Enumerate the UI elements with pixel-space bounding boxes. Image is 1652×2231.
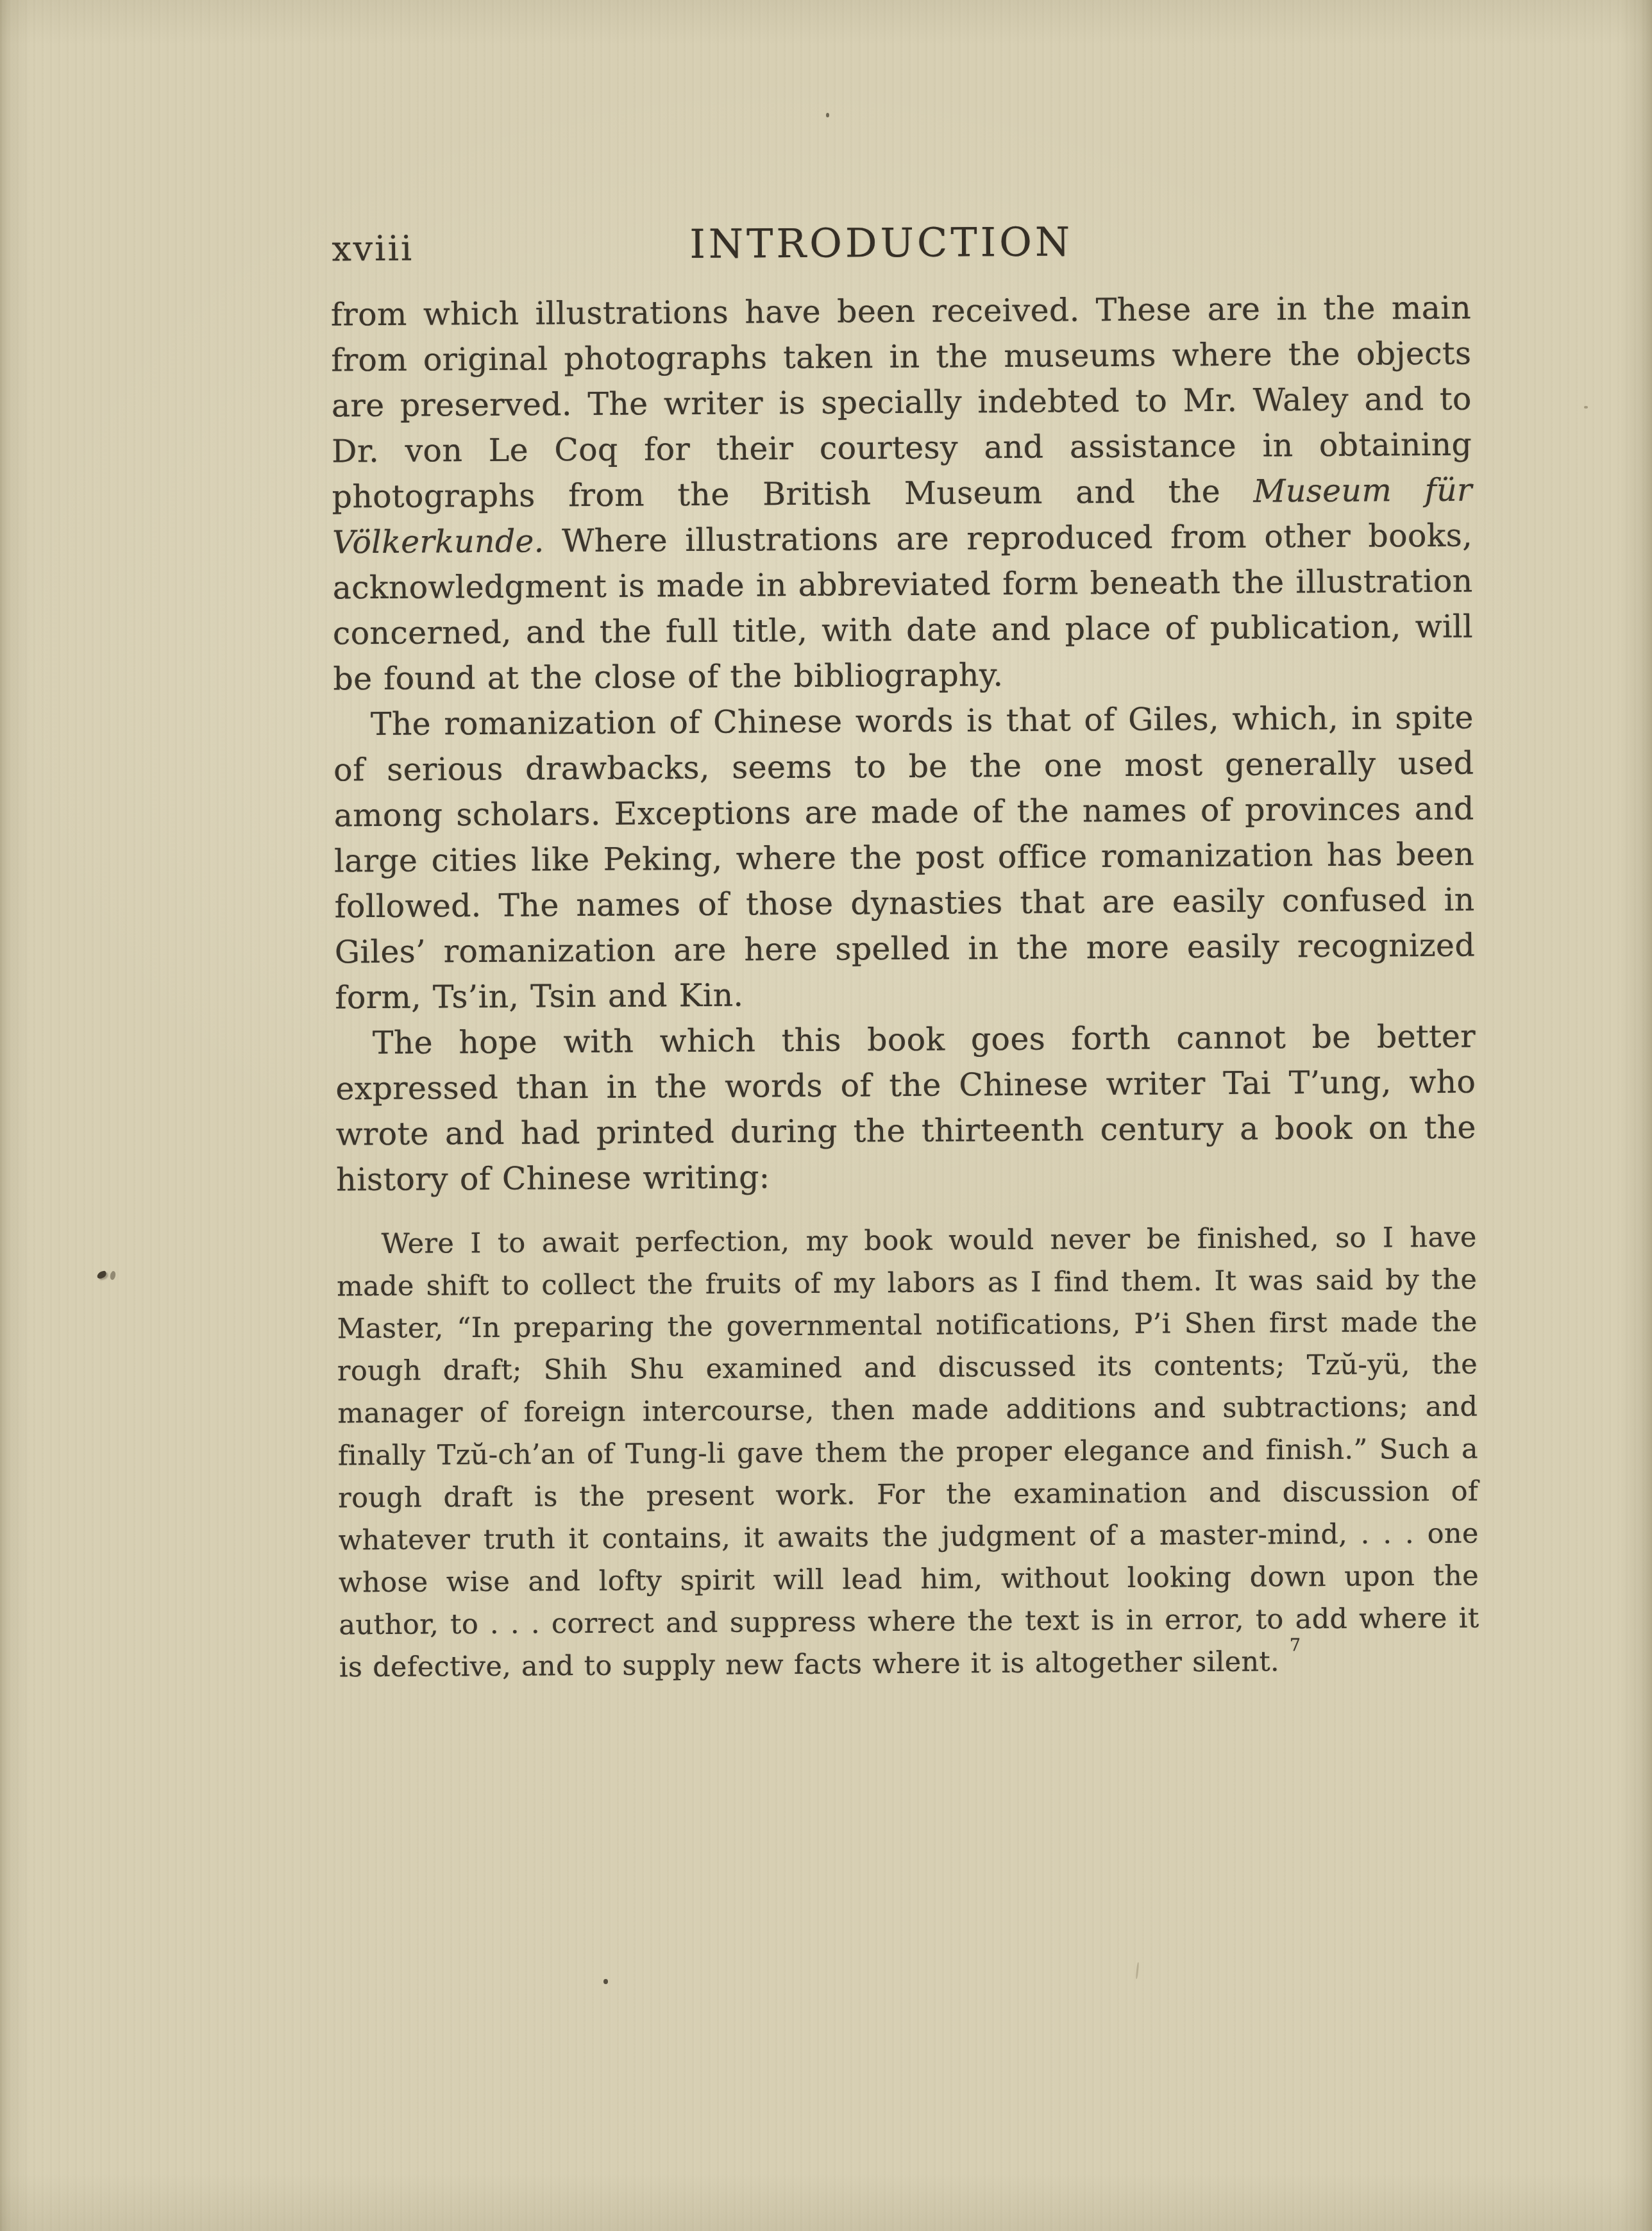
page-title: INTRODUCTION <box>330 220 1432 266</box>
body-paragraph-3: The hope with which this book goes forth… <box>335 1014 1477 1203</box>
scanned-book-page: xviii INTRODUCTION from which illustrati… <box>0 0 1652 2231</box>
footnote-reference: 7 <box>1290 1635 1301 1655</box>
ink-speck <box>110 1270 117 1280</box>
page-content: xviii INTRODUCTION from which illustrati… <box>330 212 1479 1689</box>
ink-speck <box>1584 406 1588 408</box>
ink-speck <box>96 1270 107 1279</box>
body-paragraph-2: The romanization of Chinese words is tha… <box>333 695 1476 1021</box>
ink-speck <box>826 113 829 117</box>
body-text: from which illustrations have been recei… <box>331 285 1479 1689</box>
block-quote-text: Were I to await perfection, my book woul… <box>337 1222 1479 1684</box>
block-quote: Were I to await perfection, my book woul… <box>337 1217 1479 1689</box>
page-header: xviii INTRODUCTION <box>330 212 1471 267</box>
body-paragraph-1: from which illustrations have been recei… <box>331 285 1474 702</box>
ink-speck <box>603 1979 608 1984</box>
paper-fiber-mark <box>1136 1962 1140 1979</box>
